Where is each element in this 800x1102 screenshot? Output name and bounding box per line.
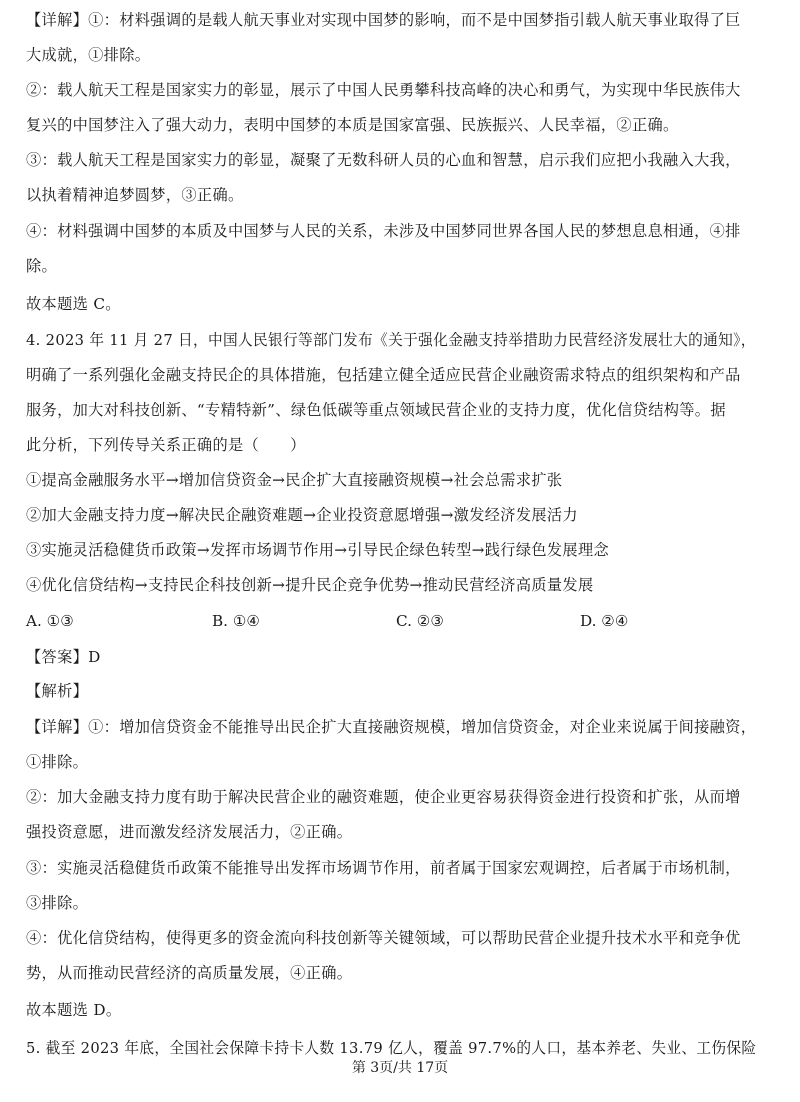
- question-4-stem-4: 此分析，下列传导关系正确的是（ ）: [26, 435, 306, 455]
- option-d: D. ②④: [580, 611, 629, 631]
- detail-line-4: 强投资意愿，进而激发经济发展活力，②正确。: [26, 822, 352, 842]
- detail-line-1: 【详解】①：增加信贷资金不能推导出民企扩大直接融资规模，增加信贷资金，对企业来说…: [26, 717, 756, 737]
- line-1: 大成就，①排除。: [26, 45, 150, 65]
- detail-line-6: ③排除。: [26, 893, 88, 913]
- analysis-label: 【解析】: [26, 681, 88, 701]
- answer-conclusion-q3: 故本题选 C。: [26, 294, 121, 314]
- answer-conclusion-q4: 故本题选 D。: [26, 1000, 121, 1020]
- detail-line-8: 势，从而推动民营经济的高质量发展，④正确。: [26, 963, 352, 983]
- statement-1: ①提高金融服务水平→增加信贷资金→民企扩大直接融资规模→社会总需求扩张: [26, 470, 562, 490]
- page-footer: 第 3页/共 17页: [0, 1059, 800, 1077]
- detail-line-2: ①排除。: [26, 752, 88, 772]
- line-4: ③：载人航天工程是国家实力的彰显，凝聚了无数科研人员的心血和智慧，启示我们应把小…: [26, 150, 741, 170]
- line-2: ②：载人航天工程是国家实力的彰显，展示了中国人民勇攀科技高峰的决心和勇气，为实现…: [26, 80, 741, 100]
- line-3: 复兴的中国梦注入了强大动力，表明中国梦的本质是国家富强、民族振兴、人民幸福，②正…: [26, 115, 679, 135]
- statement-2: ②加大金融支持力度→解决民企融资难题→企业投资意愿增强→激发经济发展活力: [26, 505, 578, 525]
- question-5-stem-1: 5. 截至 2023 年底，全国社会保障卡持卡人数 13.79 亿人，覆盖 97…: [26, 1038, 756, 1058]
- question-4-stem-1: 4. 2023 年 11 月 27 日，中国人民银行等部门发布《关于强化金融支持…: [26, 330, 756, 350]
- detail-line-3: ②：加大金融支持力度有助于解决民营企业的融资难题，使企业更容易获得资金进行投资和…: [26, 787, 741, 807]
- answer-label: 【答案】D: [26, 647, 101, 667]
- statement-4: ④优化信贷结构→支持民企科技创新→提升民企竞争优势→推动民营经济高质量发展: [26, 575, 594, 595]
- line-6: ④：材料强调中国梦的本质及中国梦与人民的关系，未涉及中国梦同世界各国人民的梦想息…: [26, 221, 741, 241]
- detail-line-5: ③：实施灵活稳健货币政策不能推导出发挥市场调节作用，前者属于国家宏观调控，后者属…: [26, 858, 741, 878]
- line-5: 以执着精神追梦圆梦，③正确。: [26, 185, 244, 205]
- question-4-stem-2: 明确了一系列强化金融支持民企的具体措施，包括建立健全适应民营企业融资需求特点的组…: [26, 365, 741, 385]
- option-c: C. ②③: [396, 611, 444, 631]
- detail-line-7: ④：优化信贷结构，使得更多的资金流向科技创新等关键领域，可以帮助民营企业提升技术…: [26, 928, 741, 948]
- line-0: 【详解】①：材料强调的是载人航天事业对实现中国梦的影响，而不是中国梦指引载人航天…: [26, 10, 741, 30]
- option-b: B. ①④: [212, 611, 260, 631]
- statement-3: ③实施灵活稳健货币政策→发挥市场调节作用→引导民企绿色转型→践行绿色发展理念: [26, 540, 609, 560]
- option-a: A. ①③: [26, 611, 74, 631]
- line-7: 除。: [26, 256, 57, 276]
- question-4-stem-3: 服务，加大对科技创新、“专精特新”、绿色低碳等重点领域民营企业的支持力度，优化信…: [26, 400, 726, 420]
